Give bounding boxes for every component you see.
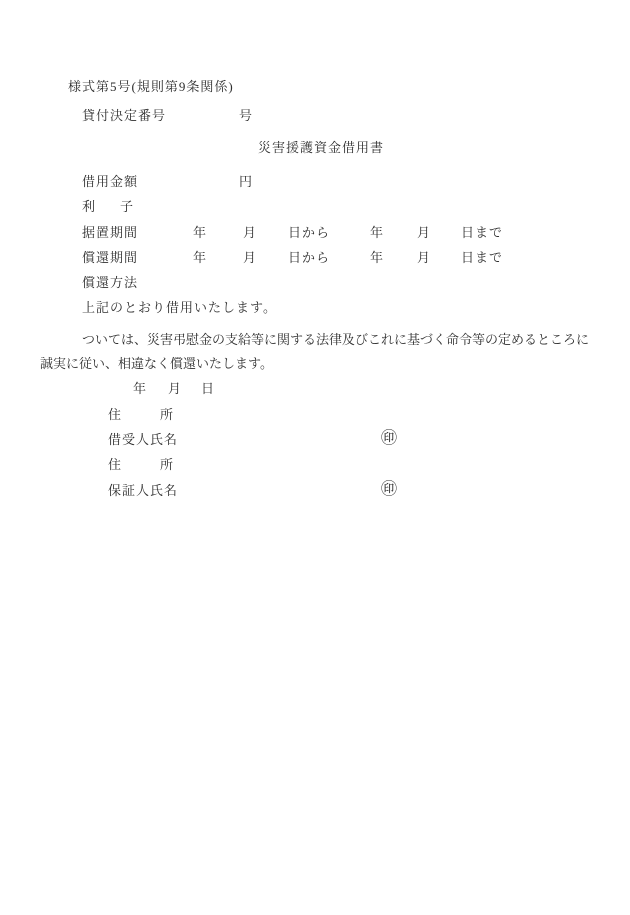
repayment-year-from-label: 年: [193, 249, 207, 266]
guarantor-address-label-part2: 所: [160, 456, 174, 473]
loan-decision-number-label: 貸付決定番号: [82, 107, 166, 124]
guarantor-address-label-part1: 住: [108, 456, 122, 473]
borrower-name-row: 借受人氏名 ㊞: [0, 431, 630, 448]
grace-period-label: 据置期間: [82, 224, 138, 241]
borrowing-statement-row: 上記のとおり借用いたします。: [0, 299, 630, 316]
loan-amount-row: 借用金額 円: [0, 173, 630, 190]
form-number-header: 様式第5号(規則第9条関係): [0, 78, 630, 95]
borrower-address-label-part1: 住: [108, 406, 122, 423]
guarantor-name-label: 保証人氏名: [108, 482, 178, 499]
yen-unit-label: 円: [239, 173, 253, 190]
document-title: 災害援護資金借用書: [258, 139, 384, 156]
date-day-label: 日: [201, 380, 215, 397]
grace-year-to-label: 年: [370, 224, 384, 241]
repayment-month-from-label: 月: [243, 249, 257, 266]
repayment-day-to-label: 日まで: [461, 249, 503, 266]
loan-decision-number-row: 貸付決定番号 号: [0, 107, 630, 124]
grace-day-from-label: 日から: [288, 224, 330, 241]
repayment-month-to-label: 月: [417, 249, 431, 266]
form-number-text: 様式第5号(規則第9条関係): [68, 78, 234, 95]
repayment-period-row: 償還期間 年 月 日から 年 月 日まで: [0, 249, 630, 266]
guarantor-address-row: 住 所: [0, 456, 630, 473]
covenant-line-2-row: 誠実に従い、相違なく償還いたします。: [0, 355, 630, 372]
date-month-label: 月: [168, 380, 182, 397]
loan-certificate-document-page: 様式第5号(規則第9条関係) 貸付決定番号 号 災害援護資金借用書 借用金額 円…: [0, 0, 630, 915]
repayment-method-label: 償還方法: [82, 274, 138, 291]
covenant-line-1-text: ついては、災害弔慰金の支給等に関する法律及びこれに基づく命令等の定めるところに: [82, 331, 589, 348]
repayment-method-row: 償還方法: [0, 274, 630, 291]
borrower-name-label: 借受人氏名: [108, 431, 178, 448]
covenant-line-2-text: 誠実に従い、相違なく償還いたします。: [40, 355, 273, 372]
loan-amount-label: 借用金額: [82, 173, 138, 190]
number-unit-label: 号: [239, 107, 253, 124]
borrowing-statement-text: 上記のとおり借用いたします。: [82, 299, 277, 316]
grace-month-from-label: 月: [243, 224, 257, 241]
guarantor-name-row: 保証人氏名 ㊞: [0, 482, 630, 499]
grace-period-row: 据置期間 年 月 日から 年 月 日まで: [0, 224, 630, 241]
borrower-address-label-part2: 所: [160, 406, 174, 423]
repayment-period-label: 償還期間: [82, 249, 138, 266]
guarantor-seal-icon: ㊞: [381, 481, 397, 498]
interest-row: 利 子: [0, 198, 630, 215]
repayment-day-from-label: 日から: [288, 249, 330, 266]
borrower-seal-icon: ㊞: [381, 430, 397, 447]
repayment-year-to-label: 年: [370, 249, 384, 266]
date-row: 年 月 日: [0, 380, 630, 397]
interest-label-part1: 利: [82, 198, 96, 215]
document-title-row: 災害援護資金借用書: [0, 139, 630, 156]
grace-month-to-label: 月: [417, 224, 431, 241]
interest-label-part2: 子: [120, 198, 134, 215]
date-year-label: 年: [133, 380, 147, 397]
covenant-line-1-row: ついては、災害弔慰金の支給等に関する法律及びこれに基づく命令等の定めるところに: [0, 331, 630, 348]
borrower-address-row: 住 所: [0, 406, 630, 423]
grace-year-from-label: 年: [193, 224, 207, 241]
grace-day-to-label: 日まで: [461, 224, 503, 241]
